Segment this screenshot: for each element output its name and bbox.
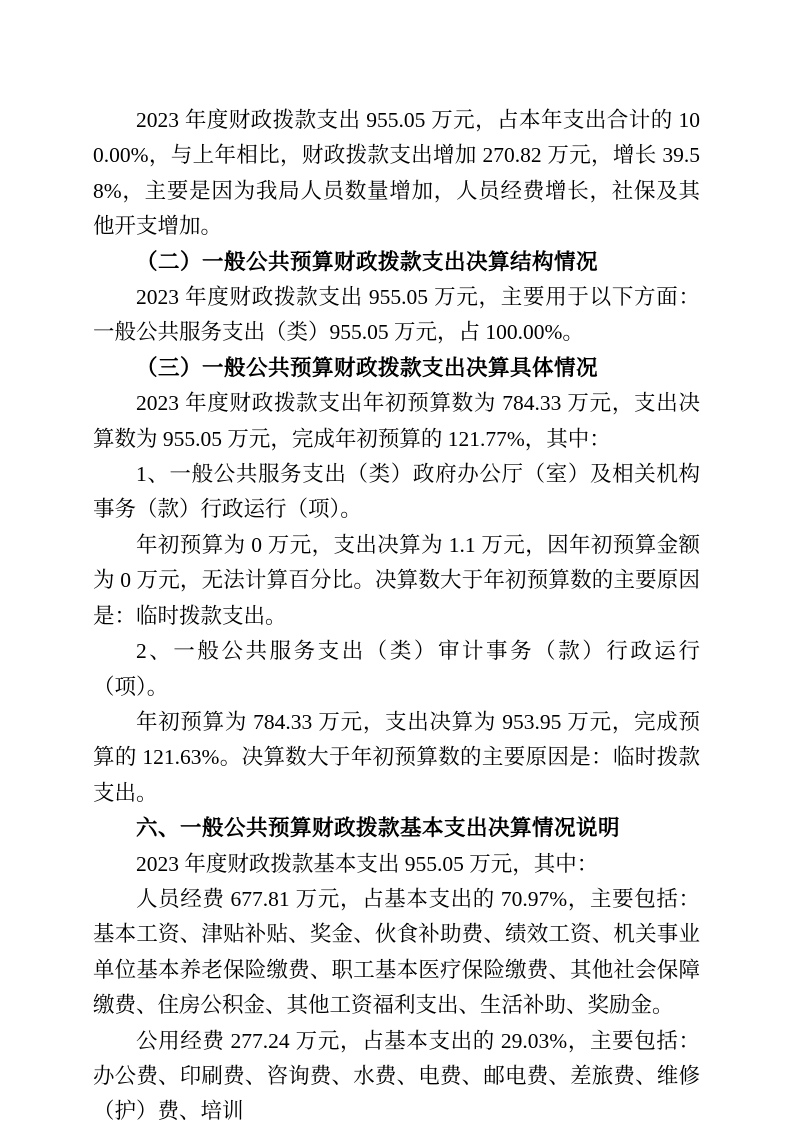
para-budget-vs-final-accounts: 2023 年度财政拨款支出年初预算数为 784.33 万元，支出决算数为 955… <box>93 386 700 457</box>
para-item-2-category: 2、一般公共服务支出（类）审计事务（款）行政运行（项）。 <box>93 634 700 705</box>
para-public-expenses: 公用经费 277.24 万元，占基本支出的 29.03%，主要包括：办公费、印刷… <box>93 1024 700 1122</box>
para-item-1-explanation: 年初预算为 0 万元，支出决算为 1.1 万元，因年初预算金额为 0 万元，无法… <box>93 528 700 634</box>
heading-section-2-structure: （二）一般公共预算财政拨款支出决算结构情况 <box>93 245 700 280</box>
para-fiscal-expenditure-overview: 2023 年度财政拨款支出 955.05 万元，占本年支出合计的 100.00%… <box>93 103 700 245</box>
para-item-1-category: 1、一般公共服务支出（类）政府办公厅（室）及相关机构事务（款）行政运行（项）。 <box>93 457 700 528</box>
para-personnel-expenses: 人员经费 677.81 万元，占基本支出的 70.97%，主要包括：基本工资、津… <box>93 882 700 1024</box>
para-structure-detail: 2023 年度财政拨款支出 955.05 万元，主要用于以下方面：一般公共服务支… <box>93 280 700 351</box>
para-basic-expenditure-total: 2023 年度财政拨款基本支出 955.05 万元，其中： <box>93 847 700 882</box>
para-item-2-explanation: 年初预算为 784.33 万元，支出决算为 953.95 万元，完成预算的 12… <box>93 705 700 811</box>
heading-section-3-specifics: （三）一般公共预算财政拨款支出决算具体情况 <box>93 351 700 386</box>
heading-section-6-basic-expenditure: 六、一般公共预算财政拨款基本支出决算情况说明 <box>93 811 700 846</box>
document-page: 2023 年度财政拨款支出 955.05 万元，占本年支出合计的 100.00%… <box>0 0 793 1122</box>
